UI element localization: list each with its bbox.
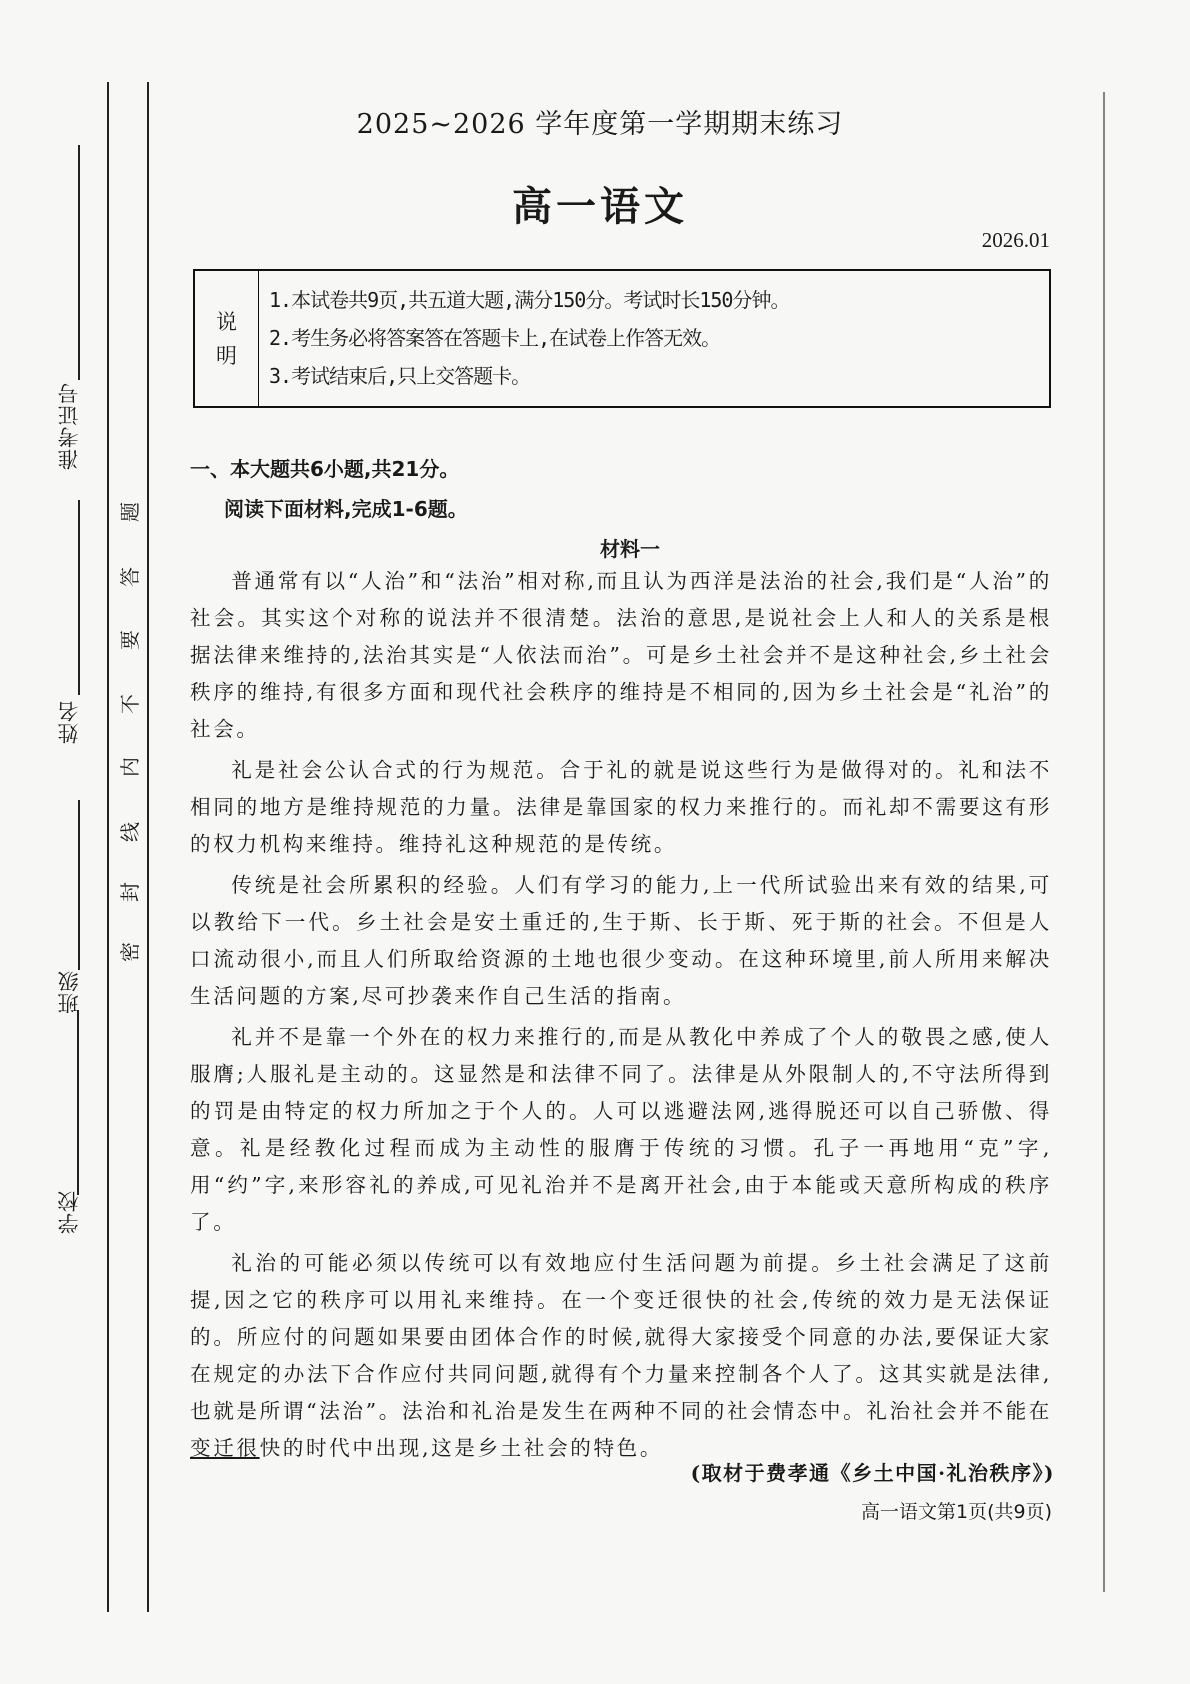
section-heading: 一、本大题共6小题,共21分。 — [190, 453, 459, 482]
instructions-label-char: 明 — [216, 339, 237, 373]
binding-line-inner — [147, 82, 149, 1612]
subject-title: 高一语文 — [200, 175, 1000, 232]
seal-char: 不 — [118, 692, 142, 716]
page-edge-line — [1103, 92, 1105, 1592]
seal-char: 要 — [118, 628, 142, 652]
instruction-item: 2.考生务必将答案答在答题卡上,在试卷上作答无效。 — [269, 319, 789, 357]
instructions-box: 说 明 1.本试卷共9页,共五道大题,满分150分。考试时长150分钟。 2.考… — [193, 269, 1051, 408]
instructions-label: 说 明 — [195, 271, 259, 406]
handwritten-underline: 变迁很 — [190, 1436, 260, 1460]
paragraph-text: 礼治的可能必须以传统可以有效地应付生活问题为前提。乡土社会满足了这前提,因之它的… — [190, 1251, 1052, 1423]
instructions-list: 1.本试卷共9页,共五道大题,满分150分。考试时长150分钟。 2.考生务必将… — [259, 271, 789, 406]
school-label: 学校 — [54, 1190, 84, 1234]
exam-id-label: 准考证号 — [54, 382, 84, 470]
seal-char: 题 — [118, 500, 142, 524]
seal-char: 密 — [118, 940, 142, 964]
seal-char: 内 — [118, 755, 142, 779]
paragraph: 礼是社会公认合式的行为规范。合于礼的就是说这些行为是做得对的。礼和法不相同的地方… — [190, 752, 1052, 863]
instructions-label-char: 说 — [216, 305, 237, 339]
name-field-line[interactable] — [78, 500, 80, 695]
paragraph: 礼治的可能必须以传统可以有效地应付生活问题为前提。乡土社会满足了这前提,因之它的… — [190, 1245, 1052, 1467]
binding-line-outer — [107, 82, 109, 1612]
section-instruction: 阅读下面材料,完成1-6题。 — [224, 493, 468, 522]
exam-id-field[interactable] — [78, 145, 80, 380]
exam-date: 2026.01 — [900, 228, 1050, 253]
material-title: 材料一 — [430, 533, 830, 562]
instruction-item: 3.考试结束后,只上交答题卡。 — [269, 357, 789, 395]
material-body: 普通常有以“人治”和“法治”相对称,而且认为西洋是法治的社会,我们是“人治”的社… — [190, 563, 1052, 1467]
page-footer: 高一语文第1页(共9页) — [700, 1497, 1052, 1524]
instruction-item: 1.本试卷共9页,共五道大题,满分150分。考试时长150分钟。 — [269, 281, 789, 319]
seal-char: 封 — [118, 880, 142, 904]
class-field[interactable] — [77, 1010, 79, 1195]
name-label: 姓名 — [54, 700, 84, 744]
source-citation: (取材于费孝通《乡土中国·礼治秩序》) — [660, 1457, 1055, 1486]
seal-char: 答 — [118, 565, 142, 589]
exam-term-title: 2025~2026 学年度第一学期期末练习 — [200, 102, 1000, 141]
paragraph-text: 快的时代中出现,这是乡土社会的特色。 — [260, 1436, 663, 1460]
paragraph: 普通常有以“人治”和“法治”相对称,而且认为西洋是法治的社会,我们是“人治”的社… — [190, 563, 1052, 748]
seal-char: 线 — [118, 820, 142, 844]
paragraph: 传统是社会所累积的经验。人们有学习的能力,上一代所试验出来有效的结果,可以教给下… — [190, 867, 1052, 1015]
paragraph: 礼并不是靠一个外在的权力来推行的,而是从教化中养成了个人的敬畏之感,使人服膺;人… — [190, 1019, 1052, 1241]
name-field[interactable] — [78, 800, 80, 970]
class-label: 班级 — [54, 970, 84, 1014]
